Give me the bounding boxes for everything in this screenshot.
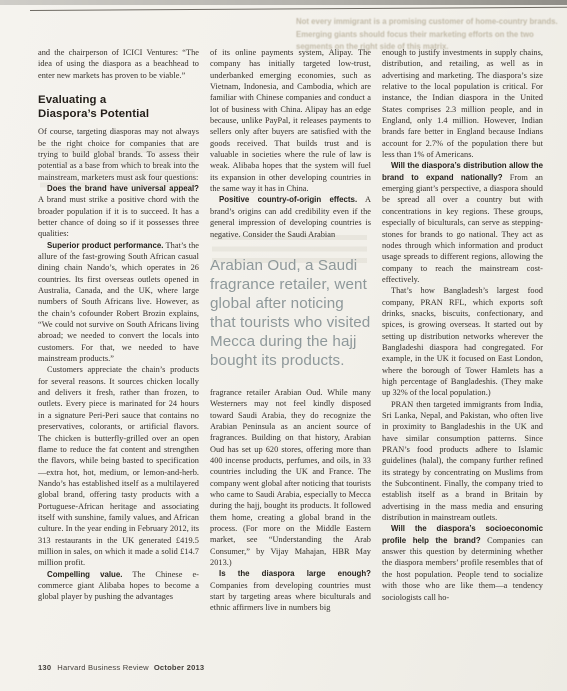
text-column-3: enough to justify investments in supply … [382, 47, 543, 603]
page-footer: 130Harvard Business ReviewOctober 2013 [38, 663, 204, 672]
paragraph-lead: Is the diaspora large enough? [219, 569, 371, 578]
paragraph: Positive country-of-origin effects. A br… [210, 194, 371, 239]
paragraph: fragrance retailer Arabian Oud. While ma… [210, 387, 371, 569]
paragraph: Does the brand have universal appeal? A … [38, 183, 199, 240]
scan-edge-line [30, 7, 567, 11]
paragraph-lead: Does the brand have universal appeal? [47, 184, 199, 193]
paragraph-text: That’s the allure of the fast-growing So… [38, 241, 199, 363]
paragraph: Compelling value. The Chinese e-commerce… [38, 569, 199, 603]
page-number: 130 [38, 663, 51, 672]
paragraph: and the chairperson of ICICI Ventures: “… [38, 47, 199, 81]
issue-date: October 2013 [154, 663, 205, 672]
paragraph: Of course, targeting diasporas may not a… [38, 126, 199, 183]
paragraph: That’s how Bangladesh’s largest food com… [382, 285, 543, 398]
section-heading: Evaluating a Diaspora’s Potential [38, 94, 199, 121]
paragraph: Is the diaspora large enough? Companies … [210, 568, 371, 613]
paragraph-lead: Superior product performance. [47, 241, 163, 250]
publication-name: Harvard Business Review [57, 663, 149, 672]
paragraph-text: A brand must strike a positive chord wit… [38, 195, 199, 238]
paragraph-text: From an emerging giant’s perspective, a … [382, 173, 543, 284]
paragraph-lead: Positive country-of-origin effects. [219, 195, 357, 204]
paragraph: Customers appreciate the chain’s product… [38, 364, 199, 568]
paragraph: Superior product performance. That’s the… [38, 240, 199, 365]
pull-quote: Arabian Oud, a Saudi fragrance retailer,… [210, 256, 371, 370]
paragraph-text: Companies from developing countries must… [210, 581, 371, 613]
text-column-1: and the chairperson of ICICI Ventures: “… [38, 47, 199, 603]
paragraph: of its online payments system, Alipay. T… [210, 47, 371, 194]
paragraph: PRAN then targeted immigrants from India… [382, 399, 543, 524]
text-column-2: of its online payments system, Alipay. T… [210, 47, 371, 614]
magazine-page: Not every immigrant is a promising custo… [0, 0, 567, 691]
paragraph: enough to justify investments in supply … [382, 47, 543, 160]
paragraph: Will the diaspora’s socioeconomic profil… [382, 523, 543, 602]
scan-edge-band [0, 0, 567, 5]
paragraph-lead: Compelling value. [47, 570, 122, 579]
paragraph: Will the diaspora’s distribution allow t… [382, 160, 543, 285]
paragraph-text: Companies can answer this question by de… [382, 536, 543, 602]
